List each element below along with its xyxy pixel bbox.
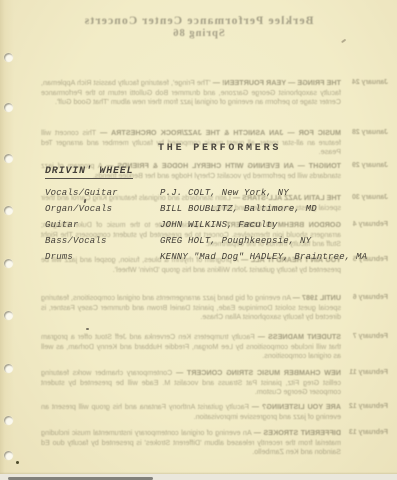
member-role: Drums	[45, 252, 160, 262]
member-name: BILL BOUBLITZ, Baltimore, MD	[160, 204, 317, 214]
punch-hole	[4, 259, 13, 268]
member-row: Organ/Vocals BILL BOUBLITZ, Baltimore, M…	[45, 201, 375, 217]
member-row: Guitar JOHN WILKINS, Faculty	[45, 217, 375, 233]
punch-hole	[4, 154, 13, 163]
punch-hole	[4, 206, 13, 215]
member-name: GREG HOLT, Poughkeepsie, NY	[160, 236, 311, 246]
member-row: Drums KENNY "Mad Dog" HADLEY, Braintree,…	[45, 249, 375, 265]
member-role: Organ/Vocals	[45, 204, 160, 214]
pen-mark	[86, 328, 89, 330]
scanner-strip	[0, 474, 397, 480]
typewritten-content: THE PERFORMERS DRIVIN' WHEEL Vocals/Guit…	[0, 0, 397, 480]
member-role: Vocals/Guitar	[45, 188, 160, 198]
member-name: KENNY "Mad Dog" HADLEY, Braintree, MA	[160, 252, 367, 262]
member-role: Guitar	[45, 220, 160, 230]
band-name: DRIVIN' WHEEL	[45, 166, 133, 179]
member-list: Vocals/Guitar P.J. COLT, New York, NY Or…	[45, 185, 375, 265]
member-row: Bass/Vocals GREG HOLT, Poughkeepsie, NY	[45, 233, 375, 249]
punch-hole	[4, 103, 13, 112]
underlying-page-shadow	[8, 477, 153, 480]
punch-hole	[4, 53, 13, 62]
punch-hole	[4, 416, 13, 425]
member-name: P.J. COLT, New York, NY	[160, 188, 289, 198]
member-row: Vocals/Guitar P.J. COLT, New York, NY	[45, 185, 375, 201]
punch-hole	[4, 364, 13, 373]
ink-speck	[16, 461, 19, 464]
punch-hole	[4, 311, 13, 320]
page-title: THE PERFORMERS	[158, 143, 281, 154]
scanned-page: Berklee Performance Center Concerts Spri…	[0, 0, 397, 480]
punch-hole	[4, 451, 13, 460]
member-role: Bass/Vocals	[45, 236, 160, 246]
member-name: JOHN WILKINS, Faculty	[160, 220, 278, 230]
